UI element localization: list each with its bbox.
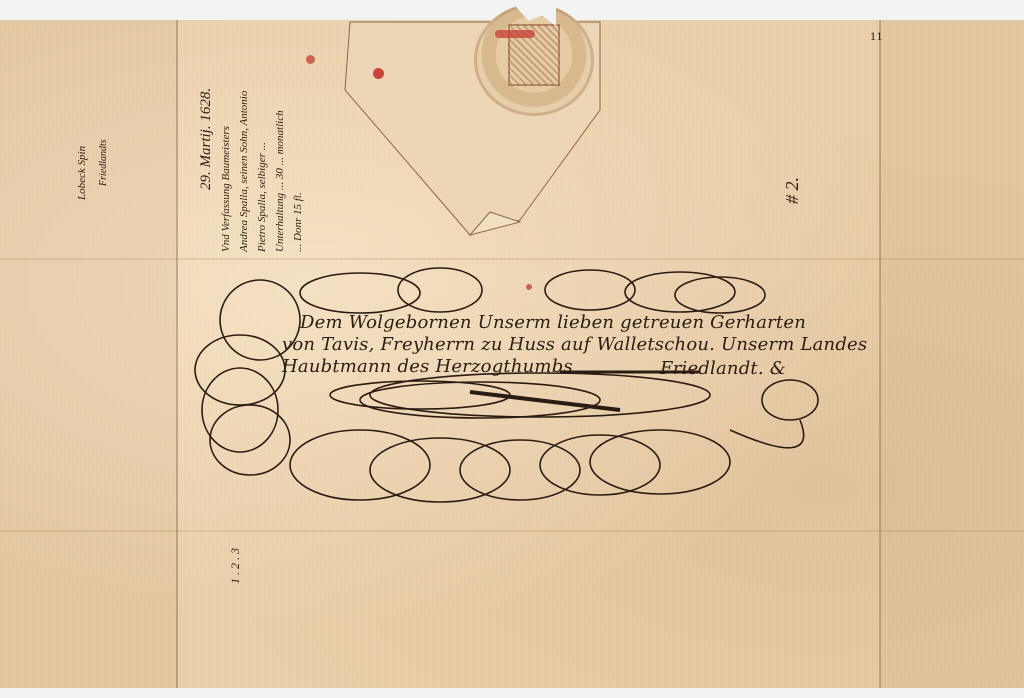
address-line-2: von Tavis, Freyherrn zu Huss auf Wallets… xyxy=(282,334,867,355)
address-line-3: Haubtmann des Herzogthumbs xyxy=(282,356,573,377)
address-line-1: Dem Wolgebornen Unserm lieben getreuen G… xyxy=(300,312,806,333)
address-line-4: Friedlandt. & xyxy=(660,358,786,379)
